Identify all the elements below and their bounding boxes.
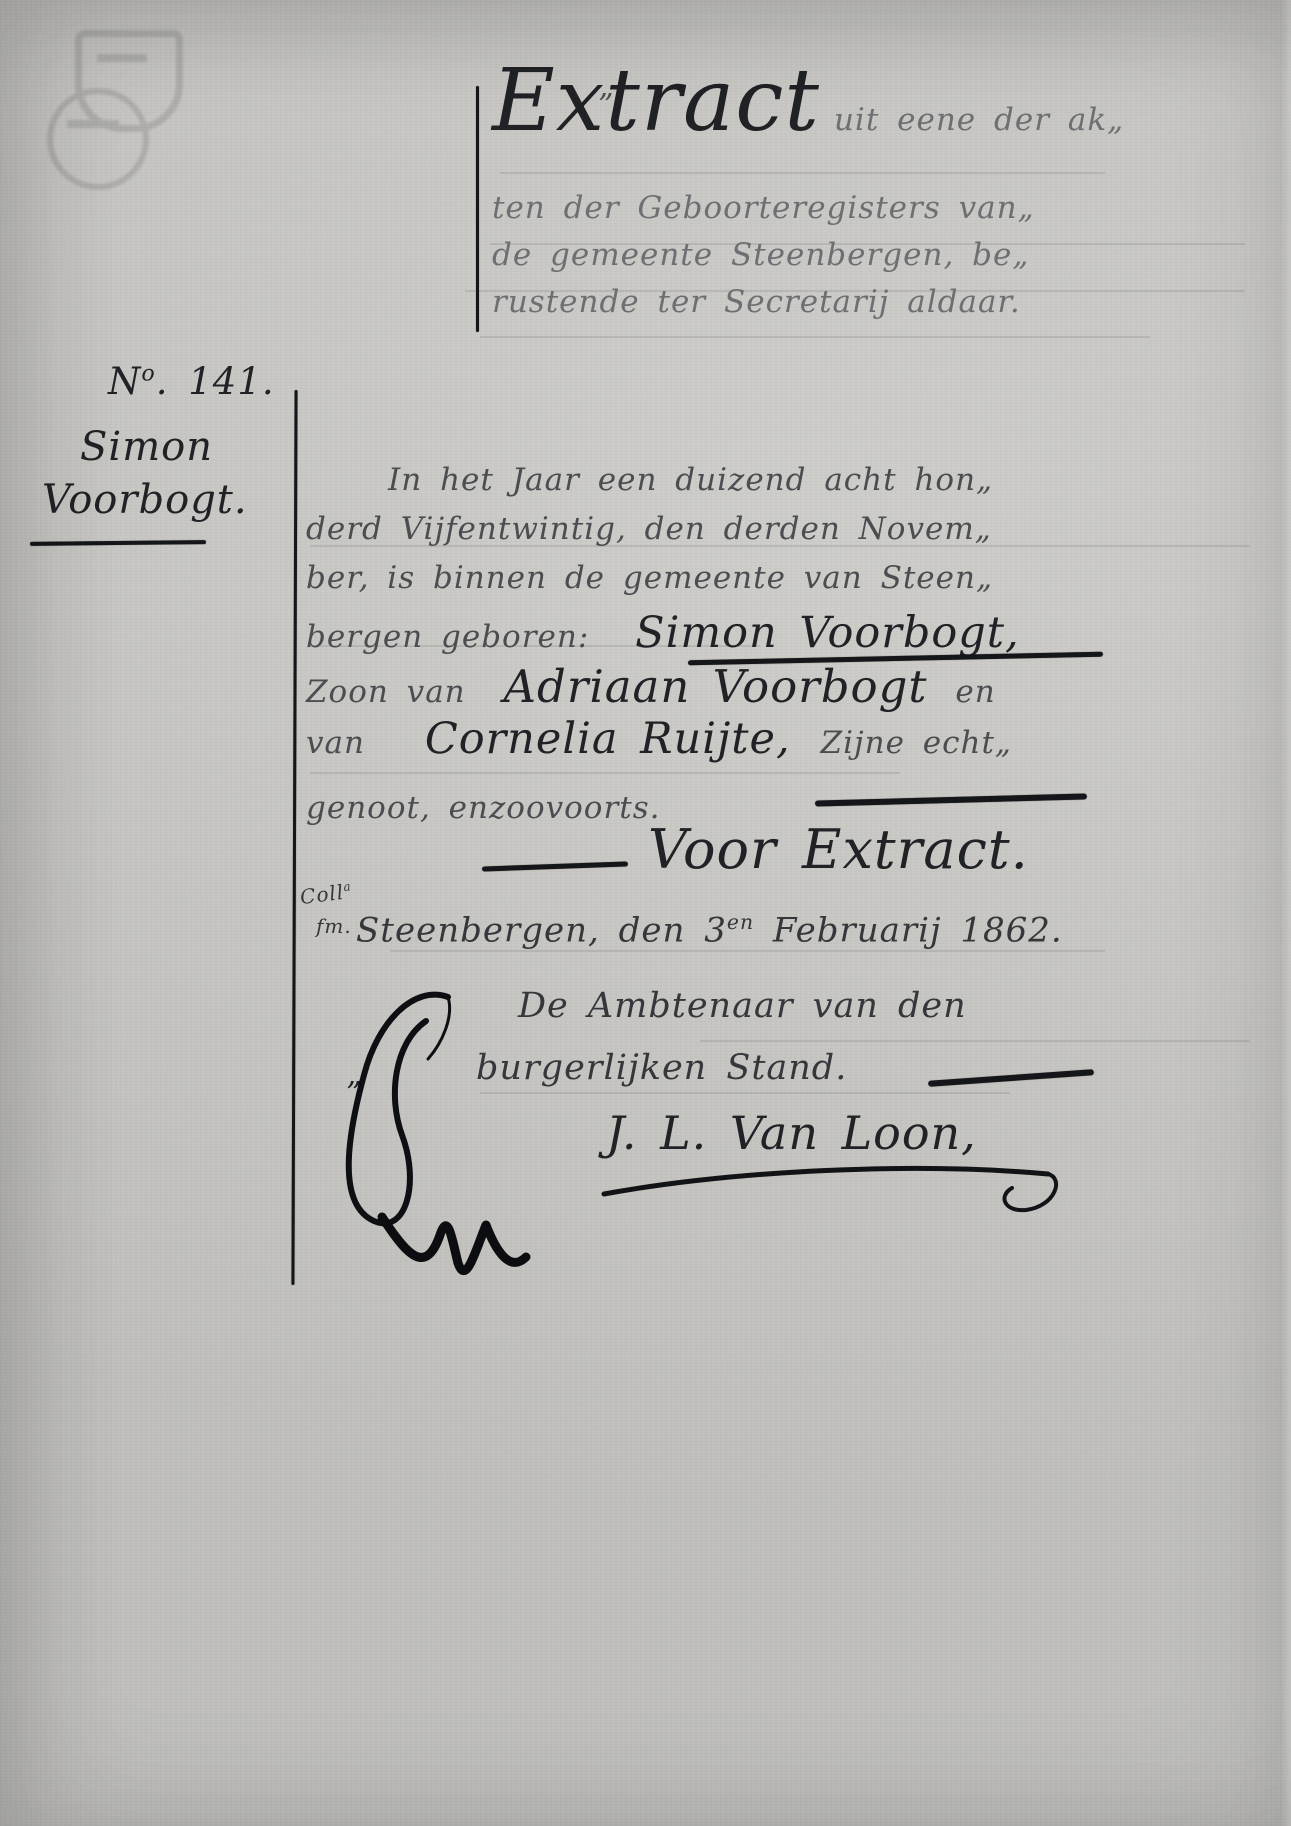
margin-act-number: No. 141.	[108, 360, 275, 403]
official-title-dash	[928, 1069, 1094, 1087]
body-line-mother: van Cornelia Ruijte, Zijne echt„	[306, 714, 1012, 764]
body-line-birth: bergen geboren: Simon Voorbogt,	[306, 608, 1020, 658]
scan-edge	[1281, 0, 1291, 1826]
signature-underline-flourish	[596, 1152, 1086, 1227]
document-title-line: Extractuit eene der ak„	[492, 56, 1124, 146]
header-line: de gemeente Steenbergen, be„	[492, 237, 1029, 273]
father-name: Adriaan Voorbogt	[504, 660, 928, 713]
mother-line-prefix: van	[306, 725, 383, 761]
body-line: ber, is binnen de gemeente van Steen„	[306, 560, 993, 596]
mother-name: Cornelia Ruijte,	[425, 714, 791, 764]
body-line-father: Zoon van Adriaan Voorbogt en	[306, 660, 996, 713]
birth-line-prefix: bergen geboren:	[306, 619, 607, 655]
header-left-rule	[476, 86, 479, 332]
signature-paraph-flourish	[296, 985, 546, 1290]
margin-name-first: Simon	[80, 424, 213, 470]
embossed-stamp-icon	[45, 20, 215, 200]
body-line: derd Vijfentwintig, den derden Novem„	[306, 511, 992, 547]
closing-dash-stroke	[815, 793, 1087, 806]
guide-line	[310, 772, 900, 774]
header-line: ten der Geboorteregisters van„	[492, 190, 1035, 226]
official-title-line1: De Ambtenaar van den	[518, 986, 967, 1026]
father-line-suffix: en	[938, 674, 996, 710]
father-line-prefix: Zoon van	[306, 674, 484, 710]
voor-extract-line: Voor Extract.	[648, 818, 1029, 881]
closing-dash-stroke	[482, 861, 628, 871]
guide-line	[500, 172, 1105, 174]
title-line-rest: uit eene der ak„	[834, 102, 1124, 138]
margin-underline	[30, 540, 206, 546]
child-name: Simon Voorbogt,	[635, 608, 1020, 658]
margin-name-last: Voorbogt.	[42, 477, 248, 523]
guide-line	[480, 336, 1150, 338]
body-line: genoot, enzoovoorts.	[306, 790, 661, 826]
collation-note: Colla	[299, 879, 354, 909]
body-line: In het Jaar een duizend acht hon„	[388, 462, 993, 498]
place-date-line: Steenbergen, den 3en Februarij 1862.	[356, 910, 1063, 950]
mother-line-suffix: Zijne echt„	[803, 725, 1012, 761]
header-line: rustende ter Secretarij aldaar.	[492, 284, 1021, 320]
collation-note-sub: fm.	[316, 914, 352, 938]
scanned-document-page: ” Extractuit eene der ak„ ten der Geboor…	[0, 0, 1291, 1826]
guide-line	[700, 1040, 1250, 1042]
guide-line	[480, 1092, 1010, 1094]
title-word: Extract	[492, 51, 820, 151]
